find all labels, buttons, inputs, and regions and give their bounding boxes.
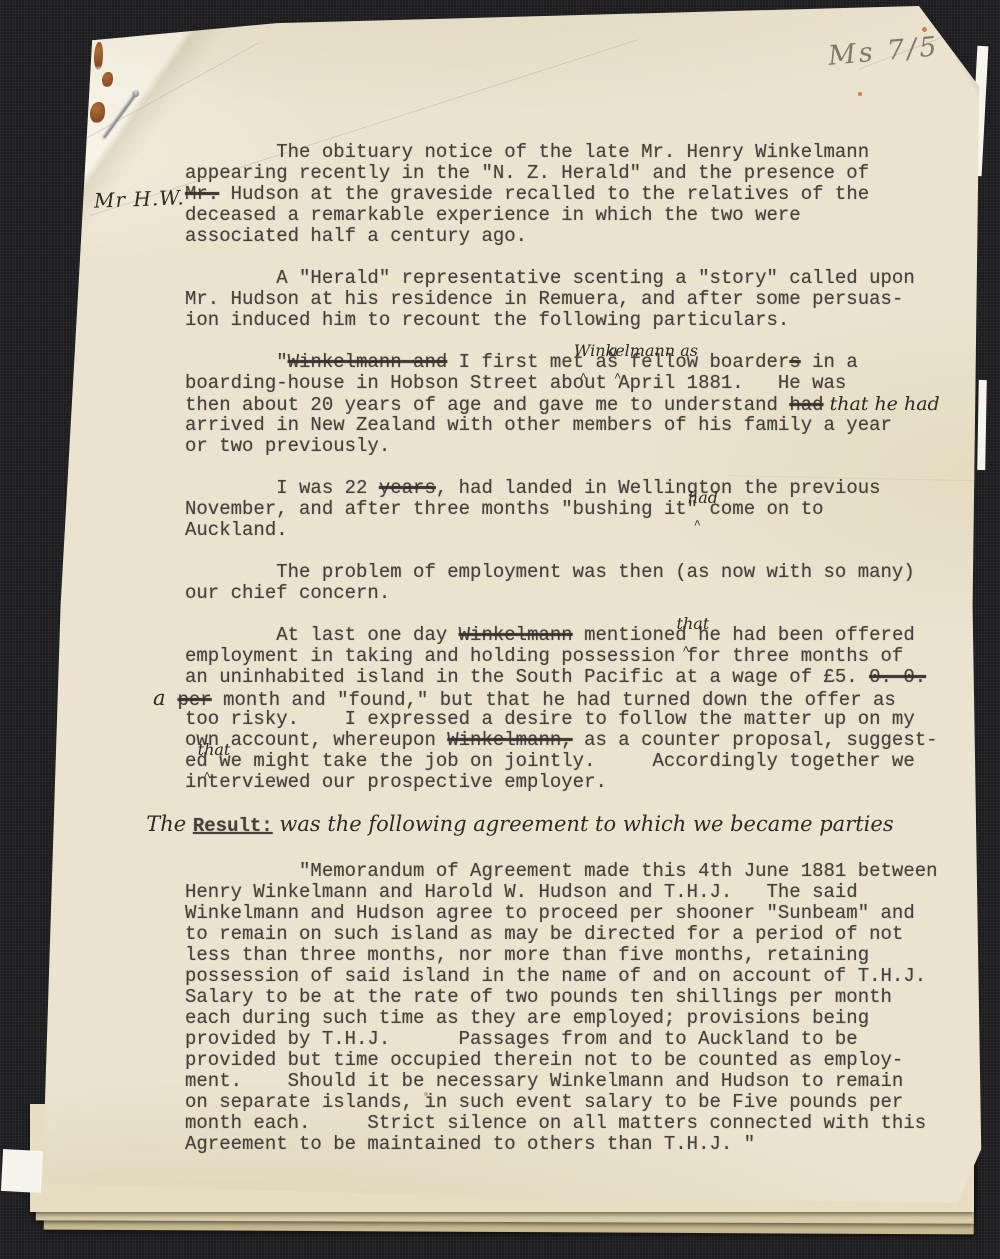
typed-line: too risky. I expressed a desire to follo…	[185, 709, 960, 730]
paragraph: "Winkelmann and I first metWinkelmann as…	[185, 352, 960, 457]
handwritten-text: The	[146, 812, 193, 836]
typed-text: Auckland.	[185, 519, 288, 541]
paragraph: The Result: was the following agreement …	[146, 814, 960, 840]
typed-line: a per month and "found," but that he had…	[185, 688, 960, 709]
underlined-heading: Result:	[193, 815, 273, 837]
typed-text: The problem of employment was then (as n…	[185, 561, 915, 583]
typed-line: on separate islands, in such event salar…	[185, 1092, 960, 1113]
typed-text-block: The obituary notice of the late Mr. Henr…	[185, 142, 960, 1176]
typed-text: Agreement to be maintained to others tha…	[185, 1133, 755, 1155]
typed-text: on separate islands, in such event salar…	[185, 1091, 903, 1113]
typed-text: Salary to be at the rate of two pounds t…	[185, 986, 892, 1008]
paragraph: The obituary notice of the late Mr. Henr…	[185, 142, 960, 247]
typed-text: to remain on such island as may be direc…	[185, 923, 903, 945]
typed-text: employment in taking and holding possess…	[185, 645, 903, 667]
typed-line: The problem of employment was then (as n…	[185, 562, 960, 583]
strikethrough-text: Winkelmann and	[288, 351, 448, 373]
typed-text: Mr. Hudson at his residence in Remuera, …	[185, 288, 903, 310]
typed-text: month each. Strict silence on all matter…	[185, 1112, 926, 1134]
typed-line: Auckland.	[185, 520, 960, 541]
typed-line: then about 20 years of age and gave me t…	[185, 394, 960, 415]
typed-text: provided but time occupied therein not t…	[185, 1049, 903, 1071]
typed-text: interviewed our prospective employer.	[185, 771, 607, 793]
typed-text: associated half a century ago.	[185, 225, 527, 247]
typed-line: edthat^ we might take the job on jointly…	[185, 751, 960, 772]
typed-text: each during such time as they are employ…	[185, 1007, 869, 1029]
handwritten-margin-note: Mr H.W.	[94, 185, 185, 212]
manuscript-page: Ms 7/5 Mr H.W. The obituary notice of th…	[28, 6, 986, 1230]
typed-text: as a counter proposal, suggest-	[573, 729, 938, 751]
typed-line: Mr. Hudson at the graveside recalled to …	[185, 184, 960, 205]
typed-line: an uninhabited island in the South Pacif…	[185, 667, 960, 688]
typed-line: "Memorandum of Agreement made this 4th J…	[185, 861, 960, 882]
typed-text: The obituary notice of the late Mr. Henr…	[185, 141, 869, 163]
strikethrough-text: had	[789, 394, 823, 416]
strikethrough-text: years	[379, 477, 436, 499]
typed-text: mentioned	[573, 624, 687, 646]
handwritten-text: a	[153, 686, 172, 710]
typed-text: or two previously.	[185, 435, 390, 457]
strikethrough-text: Winkelmann	[459, 624, 573, 646]
typed-text: possession of said island in the name of…	[185, 965, 926, 987]
typed-text: , had landed in Wellington the previous	[436, 477, 881, 499]
typed-line: Winkelmann and Hudson agree to proceed p…	[185, 903, 960, 924]
typed-line: our chief concern.	[185, 583, 960, 604]
typed-line: Agreement to be maintained to others tha…	[185, 1134, 960, 1155]
typed-text: provided by T.H.J. Passages from and to …	[185, 1028, 858, 1050]
typed-line: November, and after three months "bushin…	[185, 499, 960, 520]
typed-line: I was 22 years, had landed in Wellington…	[185, 478, 960, 499]
strikethrough-text: Winkelmann,	[447, 729, 572, 751]
typed-text: appearing recently in the "N. Z. Herald"…	[185, 162, 869, 184]
typed-text: Henry Winkelmann and Harold W. Hudson an…	[185, 881, 858, 903]
typed-text: he had been offered	[687, 624, 915, 646]
typed-text: ment. Should it be necessary Winkelmann …	[185, 1070, 903, 1092]
typed-line: month each. Strict silence on all matter…	[185, 1113, 960, 1134]
typed-line: associated half a century ago.	[185, 226, 960, 247]
typed-line: deceased a remarkable experience in whic…	[185, 205, 960, 226]
pencil-reference-number: Ms 7/5	[827, 31, 941, 72]
strikethrough-text: s	[789, 351, 800, 373]
typed-line: ment. Should it be necessary Winkelmann …	[185, 1071, 960, 1092]
typed-line: Henry Winkelmann and Harold W. Hudson an…	[185, 882, 960, 903]
rust-stain	[72, 114, 83, 138]
typed-text: Winkelmann and Hudson agree to proceed p…	[185, 902, 915, 924]
typed-line: Mr. Hudson at his residence in Remuera, …	[185, 289, 960, 310]
typed-line: Salary to be at the rate of two pounds t…	[185, 987, 960, 1008]
typed-text: "Memorandum of Agreement made this 4th J…	[185, 860, 938, 882]
typed-line: less than three months, nor more than fi…	[185, 945, 960, 966]
typed-line: boarding-house in Hobson Street about Ap…	[185, 373, 960, 394]
typed-text: boarding-house in Hobson Street about Ap…	[185, 372, 846, 394]
typed-line: provided but time occupied therein not t…	[185, 1050, 960, 1071]
typed-line: own account, whereupon Winkelmann, as a …	[185, 730, 960, 751]
handwritten-text: was the following agreement to which we …	[273, 812, 894, 836]
typed-text: our chief concern.	[185, 582, 390, 604]
typed-line: each during such time as they are employ…	[185, 1008, 960, 1029]
paragraph: I was 22 years, had landed in Wellington…	[185, 478, 960, 541]
typed-line: The obituary notice of the late Mr. Henr…	[185, 142, 960, 163]
paragraph: At last one day Winkelmann mentionedthat…	[185, 625, 960, 793]
typed-text: arrived in New Zealand with other member…	[185, 414, 892, 436]
typed-text: less than three months, nor more than fi…	[185, 944, 869, 966]
typed-line: to remain on such island as may be direc…	[185, 924, 960, 945]
typed-text: too risky. I expressed a desire to follo…	[185, 708, 915, 730]
rust-freckle	[858, 92, 862, 96]
typed-line: ion induced him to recount the following…	[185, 310, 960, 331]
typed-text: Hudson at the graveside recalled to the …	[219, 183, 869, 205]
typed-text: ion induced him to recount the following…	[185, 309, 789, 331]
typed-text: I first met	[447, 351, 584, 373]
white-sheet-sliver-right-mid	[977, 380, 987, 470]
typed-line: The Result: was the following agreement …	[146, 814, 960, 840]
typed-line: employment in taking and holding possess…	[185, 646, 960, 667]
typed-line: or two previously.	[185, 436, 960, 457]
typed-text: I was 22	[185, 477, 379, 499]
paragraph: A "Herald" representative scenting a "st…	[185, 268, 960, 331]
white-sheet-corner-left	[1, 1149, 43, 1193]
typed-text: deceased a remarkable experience in whic…	[185, 204, 801, 226]
typed-line: "Winkelmann and I first metWinkelmann as…	[185, 352, 960, 373]
typed-line: arrived in New Zealand with other member…	[185, 415, 960, 436]
typed-text: in a	[801, 351, 858, 373]
typed-text: we might take the job on jointly. Accord…	[208, 750, 915, 772]
typed-line: appearing recently in the "N. Z. Herald"…	[185, 163, 960, 184]
typed-text: A "Herald" representative scenting a "st…	[185, 267, 915, 289]
strikethrough-text: Mr.	[185, 183, 219, 205]
typed-text: an uninhabited island in the South Pacif…	[185, 666, 869, 688]
typed-text: then about 20 years of age and gave me t…	[185, 394, 789, 416]
paragraph: The problem of employment was then (as n…	[185, 562, 960, 604]
photographed-manuscript: { "colors": { "paper": "#eae3cf", "ink":…	[0, 0, 1000, 1259]
handwritten-text: that he had	[824, 393, 940, 415]
typed-line: possession of said island in the name of…	[185, 966, 960, 987]
typed-line: interviewed our prospective employer.	[185, 772, 960, 793]
typed-line: provided by T.H.J. Passages from and to …	[185, 1029, 960, 1050]
typed-line: A "Herald" representative scenting a "st…	[185, 268, 960, 289]
paragraph: "Memorandum of Agreement made this 4th J…	[185, 861, 960, 1155]
typed-text: November, and after three months "bushin…	[185, 498, 698, 520]
typed-text: At last one day	[185, 624, 459, 646]
strikethrough-text: 0. 0.	[869, 666, 926, 688]
typed-text: "	[185, 351, 288, 373]
typed-line: At last one day Winkelmann mentionedthat…	[185, 625, 960, 646]
